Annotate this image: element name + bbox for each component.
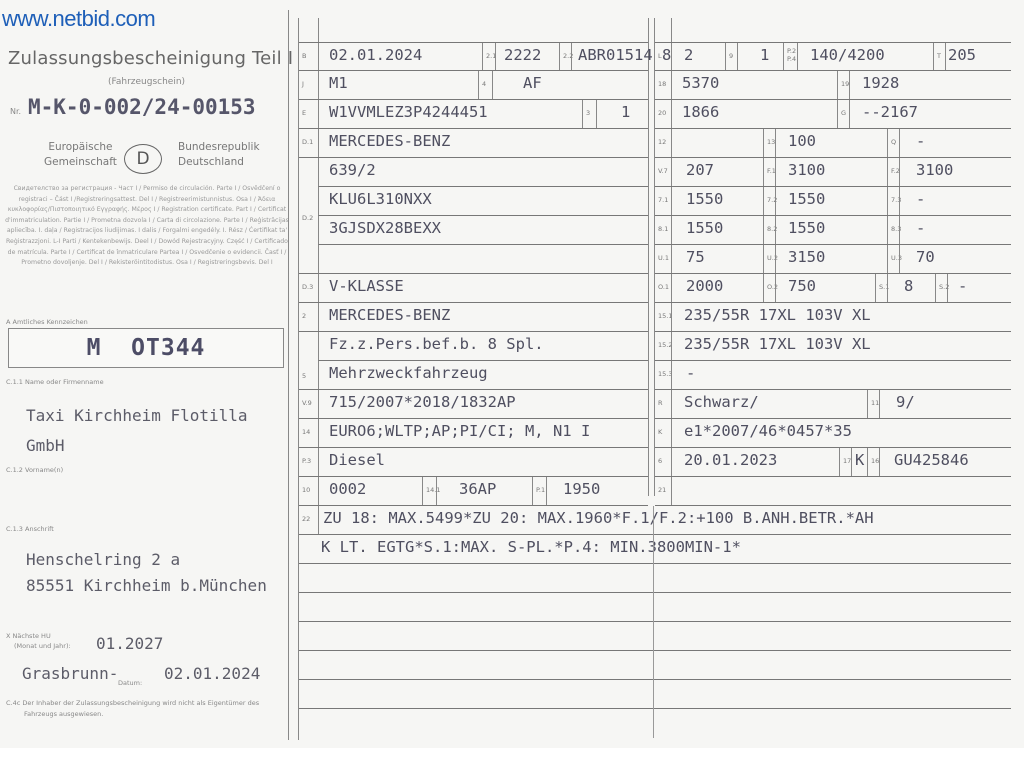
country-label-line2: Deutschland <box>178 155 260 170</box>
field-code: 18 <box>658 80 666 88</box>
document-subtitle: (Fahrzeugschein) <box>108 77 185 87</box>
field-code: B <box>302 52 306 60</box>
cell-D2-1: 639/2 <box>318 158 648 187</box>
cell-U3: 70 <box>899 245 1011 273</box>
cell-12 <box>671 129 763 157</box>
row-D2-2: KLU6L310NXX <box>318 187 648 216</box>
cell-S2: - <box>947 274 1011 302</box>
color-code: 9/ <box>896 393 915 411</box>
vehicle-class: M1 <box>329 74 348 92</box>
manufacturer-code: 2222 <box>504 46 541 64</box>
field-code: V.7 <box>658 167 668 175</box>
field-code: 21 <box>658 486 666 494</box>
row-22-6 <box>299 651 1011 680</box>
row-V7: V.7 207 F.1 3100 F.2 3100 <box>655 158 1011 187</box>
field-code: 7.1 <box>658 196 668 204</box>
first-registration-date: 02.01.2024 <box>329 46 422 64</box>
row-D2: D.2 639/2 <box>299 158 648 187</box>
cell-14-1: 36AP <box>436 477 532 505</box>
cell-6: 20.01.2023 <box>671 448 839 476</box>
field-code: 6 <box>658 457 662 465</box>
cell-14: EURO6;WLTP;AP;PI/CI; M, N1 I <box>318 419 648 447</box>
variant-line3: 3GJSDX28BEXX <box>329 219 441 237</box>
row-D2-3: 3GJSDX28BEXX <box>318 216 648 245</box>
seats: 8 <box>904 277 913 295</box>
emission-code: 0002 <box>329 480 366 498</box>
code-cell: 19 <box>837 71 849 99</box>
row-J: J M1 4 AF <box>299 71 648 100</box>
max-mass-permitted: 3100 <box>916 161 953 179</box>
code-cell: U.3 <box>887 245 899 273</box>
axle-load-2: 1550 <box>788 190 825 208</box>
country-label: Bundesrepublik Deutschland <box>178 140 260 170</box>
cell-S1: 8 <box>887 274 935 302</box>
code-cell: Q <box>887 129 899 157</box>
cell-J: M1 <box>318 71 478 99</box>
row-21: 21 <box>655 477 1011 506</box>
code-cell: 3 <box>582 100 596 128</box>
field-code: U.1 <box>658 254 669 262</box>
drive-axles: 1 <box>760 46 769 64</box>
cell-11: 9/ <box>879 390 1011 418</box>
row-2: 2 MERCEDES-BENZ <box>299 303 648 332</box>
row-22-2: K LT. EGTG*S.1:MAX. S-PL.*P.4: MIN.3800M… <box>299 535 1011 564</box>
vin-check-digit: 1 <box>621 103 630 121</box>
code-cell: S.1 <box>875 274 887 302</box>
vin: W1VVMLEZ3P4244451 <box>329 103 488 121</box>
cell-8-3: - <box>899 216 1011 244</box>
row-P3: P.3 Diesel <box>299 448 648 477</box>
cell-5-1: Fz.z.Pers.bef.b. 8 Spl. <box>318 332 648 361</box>
row-15-2: 15.2 235/55R 17XL 103V XL <box>655 332 1011 361</box>
field-code: 22 <box>302 515 310 523</box>
cell-K: e1*2007/46*0457*35 <box>671 419 1011 447</box>
cell-D3: V-KLASSE <box>318 274 648 302</box>
variant-line2: KLU6L310NXX <box>329 190 432 208</box>
cell-Q: - <box>899 129 1011 157</box>
code-cell: 17 <box>839 448 851 476</box>
field-code: 20 <box>658 109 666 117</box>
firstname-label: C.1.2 Vorname(n) <box>6 466 63 474</box>
ownership-footnote-1: C.4c Der Inhaber der Zulassungsbescheini… <box>6 699 259 707</box>
color: Schwarz/ <box>684 393 759 411</box>
row-22-1: 22 ZU 18: MAX.5499*ZU 20: MAX.1960*F.1/F… <box>299 506 1011 535</box>
towing-unbraked: 750 <box>788 277 816 295</box>
cell-16: GU425846 <box>879 448 1011 476</box>
field-code: 14 <box>302 428 310 436</box>
field-code: 12 <box>658 138 666 146</box>
cell-P2-P4: 140/4200 <box>797 43 933 70</box>
eu-label-line2: Gemeinschaft <box>44 155 117 170</box>
code-cell: P.1 <box>532 477 546 505</box>
cell-21 <box>671 477 1011 505</box>
field-code: P.3 <box>302 457 311 465</box>
cell-P3: Diesel <box>318 448 648 476</box>
tires-axle-1: 235/55R 17XL 103V XL <box>684 306 871 324</box>
axles: 2 <box>684 46 693 64</box>
trade-name: V-KLASSE <box>329 277 404 295</box>
axle-load-3: - <box>916 190 925 208</box>
code-cell: 14.1 <box>422 477 436 505</box>
field-code: 4 <box>482 80 486 88</box>
row-D3: D.3 V-KLASSE <box>299 274 648 303</box>
remarks-line1: ZU 18: MAX.5499*ZU 20: MAX.1960*F.1/F.2:… <box>323 509 874 527</box>
code-cell: 2.1 <box>482 43 495 70</box>
cell-2: MERCEDES-BENZ <box>318 303 648 331</box>
cell-13: 100 <box>775 129 887 157</box>
row-18: 18 5370 19 1928 <box>655 71 1011 100</box>
row-D1: D.1 MERCEDES-BENZ <box>299 129 648 158</box>
vehicle-type-line2: Mehrzweckfahrzeug <box>329 364 488 382</box>
multilingual-title-text: Свидетелство за регистрация - Част I / P… <box>4 184 290 269</box>
cell-7-1: 1550 <box>671 187 763 215</box>
code-cell: 8.3 <box>887 216 899 244</box>
column-divider-mid-top <box>318 18 319 42</box>
row-22-4 <box>299 593 1011 622</box>
field-code: K <box>658 428 662 436</box>
field-code: D.2 <box>302 214 313 222</box>
eu-label-line1: Europäische <box>44 140 117 155</box>
code-cell: S.2 <box>935 274 947 302</box>
row-15-1: 15.1 235/55R 17XL 103V XL <box>655 303 1011 332</box>
operating-permit-code: K <box>855 451 864 469</box>
row-6: 6 20.01.2023 17 K 16 GU425846 <box>655 448 1011 477</box>
noise-rpm: 3150 <box>788 248 825 266</box>
cell-T: 205 <box>945 43 1011 70</box>
length: 5370 <box>682 74 719 92</box>
license-plate-box: M OT344 <box>8 328 284 368</box>
type-approval-number: e1*2007/46*0457*35 <box>684 422 852 440</box>
emission-class: EURO6;WLTP;AP;PI/CI; M, N1 I <box>329 422 590 440</box>
cell-O2: 750 <box>775 274 875 302</box>
towing-braked: 2000 <box>686 277 723 295</box>
cell-F1: 3100 <box>775 158 887 186</box>
field-code: 10 <box>302 486 310 494</box>
row-8: 8.1 1550 8.2 1550 8.3 - <box>655 216 1011 245</box>
registration-document: www.netbid.com Zulassungsbescheinigung T… <box>0 0 1024 748</box>
field-code: E <box>302 109 306 117</box>
vehicle-type-line1: Fz.z.Pers.bef.b. 8 Spl. <box>329 335 544 353</box>
cell-10: 0002 <box>318 477 422 505</box>
cell-3: 1 <box>596 100 648 128</box>
cell-18: 5370 <box>671 71 837 99</box>
ownership-footnote-2: Fahrzeugs ausgewiesen. <box>24 710 103 718</box>
remarks-line2: K LT. EGTG*S.1:MAX. S-PL.*P.4: MIN.3800M… <box>321 538 741 556</box>
row-14: 14 EURO6;WLTP;AP;PI/CI; M, N1 I <box>299 419 648 448</box>
row-V9: V.9 715/2007*2018/1832AP <box>299 390 648 419</box>
row-22-5 <box>299 622 1011 651</box>
drive-by-noise: 70 <box>916 248 935 266</box>
code-cell: 4 <box>478 71 492 99</box>
variant-line1: 639/2 <box>329 161 376 179</box>
row-D2-code-bottom <box>299 245 318 274</box>
row-7: 7.1 1550 7.2 1550 7.3 - <box>655 187 1011 216</box>
cell-7-3: - <box>899 187 1011 215</box>
permitted-axle-load-1: 1550 <box>686 219 723 237</box>
cell-15-1: 235/55R 17XL 103V XL <box>671 303 1011 331</box>
cell-7-2: 1550 <box>775 187 887 215</box>
row-U: U.1 75 U.2 3150 U.3 70 <box>655 245 1011 274</box>
code-cell: 7.3 <box>887 187 899 215</box>
tires-axle-2: 235/55R 17XL 103V XL <box>684 335 871 353</box>
cell-8-2: 1550 <box>775 216 887 244</box>
plate-label: A Amtliches Kennzeichen <box>6 318 88 326</box>
cell-4: AF <box>492 71 648 99</box>
code-cell: 7.2 <box>763 187 775 215</box>
address-line1: Henschelring 2 a <box>26 550 180 569</box>
emission-key: 36AP <box>459 480 496 498</box>
displacement: 1950 <box>563 480 600 498</box>
fuel-type: Diesel <box>329 451 385 469</box>
field-code: R <box>658 399 663 407</box>
code-cell: F.2 <box>887 158 899 186</box>
eu-label: Europäische Gemeinschaft <box>44 140 117 170</box>
address-line2: 85551 Kirchheim b.München <box>26 576 267 595</box>
row-O: O.1 2000 O.2 750 S.1 8 S.2 - <box>655 274 1011 303</box>
cell-U1: 75 <box>671 245 763 273</box>
cell-V9: 715/2007*2018/1832AP <box>318 390 648 418</box>
cell-15-3: - <box>671 361 1011 389</box>
country-code-oval-icon: D <box>124 144 162 174</box>
code-cell: 13 <box>763 129 775 157</box>
field-code: P.1 <box>536 486 545 494</box>
width: 1928 <box>862 74 899 92</box>
cell-L: 2 <box>671 43 725 70</box>
code-cell: F.1 <box>763 158 775 186</box>
tires-axle-3: - <box>686 364 695 382</box>
row-22-7 <box>299 680 1011 709</box>
cell-17: K <box>851 448 867 476</box>
standing-places: - <box>958 277 967 295</box>
issue-date: 02.01.2024 <box>164 664 260 683</box>
column-divider-right-top <box>671 18 672 42</box>
column-divider-middle <box>648 18 649 496</box>
field-code: 9 <box>729 52 733 60</box>
field-code: T <box>937 52 941 60</box>
cell-G: --2167 <box>849 100 1011 128</box>
row-B: B 02.01.2024 2.1 2222 2.2 ABR01514 8 <box>299 42 648 71</box>
type-approval-date: 20.01.2023 <box>684 451 777 469</box>
cell-D1: MERCEDES-BENZ <box>318 129 648 157</box>
field-code: P.2 P.4 <box>787 47 797 63</box>
cell-8-1: 1550 <box>671 216 763 244</box>
code-cell: 16 <box>867 448 879 476</box>
axle-load-1: 1550 <box>686 190 723 208</box>
hu-label: X Nächste HU <box>6 632 51 640</box>
body-type: AF <box>523 74 542 92</box>
name-label: C.1.1 Name oder Firmenname <box>6 378 104 386</box>
cell-2-1: 2222 <box>495 43 559 70</box>
field-code: V.9 <box>302 399 312 407</box>
next-inspection-date: 01.2027 <box>96 634 163 653</box>
field-code: 8.1 <box>658 225 668 233</box>
support-load: 100 <box>788 132 816 150</box>
cell-20: 1866 <box>671 100 837 128</box>
manufacturer-name: MERCEDES-BENZ <box>329 306 450 324</box>
field-code: 3 <box>586 109 590 117</box>
cell-B: 02.01.2024 <box>318 43 482 70</box>
max-mass-technical: 3100 <box>788 161 825 179</box>
make: MERCEDES-BENZ <box>329 132 450 150</box>
emission-directive: 715/2007*2018/1832AP <box>329 393 516 411</box>
cell-F2: 3100 <box>899 158 1011 186</box>
code-cell: 11 <box>867 390 879 418</box>
code-cell: P.2 P.4 <box>783 43 797 70</box>
issuing-authority: Grasbrunn- <box>22 664 118 683</box>
code-cell: 8.2 <box>763 216 775 244</box>
date-label: Datum: <box>118 679 142 687</box>
cell-P1: 1950 <box>546 477 648 505</box>
field-code: J <box>302 80 304 88</box>
cell-O1: 2000 <box>671 274 763 302</box>
address-label: C.1.3 Anschrift <box>6 525 54 533</box>
stationary-noise: 75 <box>686 248 705 266</box>
field-code: D.1 <box>302 138 313 146</box>
row-20: 20 1866 G --2167 <box>655 100 1011 129</box>
row-R: R Schwarz/ 11 9/ <box>655 390 1011 419</box>
code-cell: 9 <box>725 43 737 70</box>
row-E: E W1VVMLEZ3P4244451 3 1 <box>299 100 648 129</box>
code-cell: G <box>837 100 849 128</box>
code-cell: O.2 <box>763 274 775 302</box>
remarks-center-fold <box>653 506 654 738</box>
part-ii-number: GU425846 <box>894 451 969 469</box>
field-code: D.3 <box>302 283 313 291</box>
row-5: 5 Fz.z.Pers.bef.b. 8 Spl. <box>299 332 648 361</box>
max-speed: 205 <box>948 46 976 64</box>
holder-name-line1: Taxi Kirchheim Flotilla <box>26 406 248 425</box>
code-cell: 2.2 <box>559 43 571 70</box>
field-code: 2 <box>302 312 306 320</box>
row-10: 10 0002 14.1 36AP P.1 1950 <box>299 477 648 506</box>
license-plate: M OT344 <box>87 335 206 361</box>
hu-label-sub: (Monat und Jahr): <box>14 642 71 650</box>
country-label-line1: Bundesrepublik <box>178 140 260 155</box>
code-cell: T <box>933 43 945 70</box>
cell-15-2: 235/55R 17XL 103V XL <box>671 332 1011 360</box>
empty-mass: --2167 <box>862 103 918 121</box>
holder-name-line2: GmbH <box>26 436 65 455</box>
field-code: G <box>841 109 846 117</box>
field-code: O.1 <box>658 283 669 291</box>
permitted-axle-load-3: - <box>916 219 925 237</box>
power-weight-ratio: - <box>916 132 925 150</box>
cell-9: 1 <box>737 43 783 70</box>
row-L: L 2 9 1 P.2 P.4 140/4200 T 205 <box>655 42 1011 71</box>
field-code: Q <box>891 138 896 146</box>
column-divider-left <box>288 10 289 740</box>
field-code: L <box>658 52 662 60</box>
code-cell: U.2 <box>763 245 775 273</box>
cell-19: 1928 <box>849 71 1011 99</box>
height: 1866 <box>682 103 719 121</box>
document-title: Zulassungsbescheinigung Teil I <box>8 48 293 69</box>
row-15-3: 15.3 - <box>655 361 1011 390</box>
row-5-2: Mehrzweckfahrzeug <box>299 361 648 390</box>
cell-R: Schwarz/ <box>671 390 867 418</box>
cell-U2: 3150 <box>775 245 887 273</box>
watermark: www.netbid.com <box>2 6 155 32</box>
cell-V7: 207 <box>671 158 763 186</box>
document-number: M-K-0-002/24-00153 <box>28 95 256 119</box>
row-K: K e1*2007/46*0457*35 <box>655 419 1011 448</box>
row-D2-4 <box>318 245 648 274</box>
row-12: 12 13 100 Q - <box>655 129 1011 158</box>
power-rpm: 140/4200 <box>810 46 885 64</box>
cell-5-2: Mehrzweckfahrzeug <box>318 361 648 389</box>
permitted-axle-load-2: 1550 <box>788 219 825 237</box>
cell-2-2: ABR01514 8 <box>571 43 648 70</box>
row-22-3 <box>299 564 1011 593</box>
cell-22-1: ZU 18: MAX.5499*ZU 20: MAX.1960*F.1/F.2:… <box>318 506 1011 534</box>
co2: 207 <box>686 161 714 179</box>
document-number-label: Nr. <box>10 107 21 116</box>
cell-E: W1VVMLEZ3P4244451 <box>318 100 582 128</box>
